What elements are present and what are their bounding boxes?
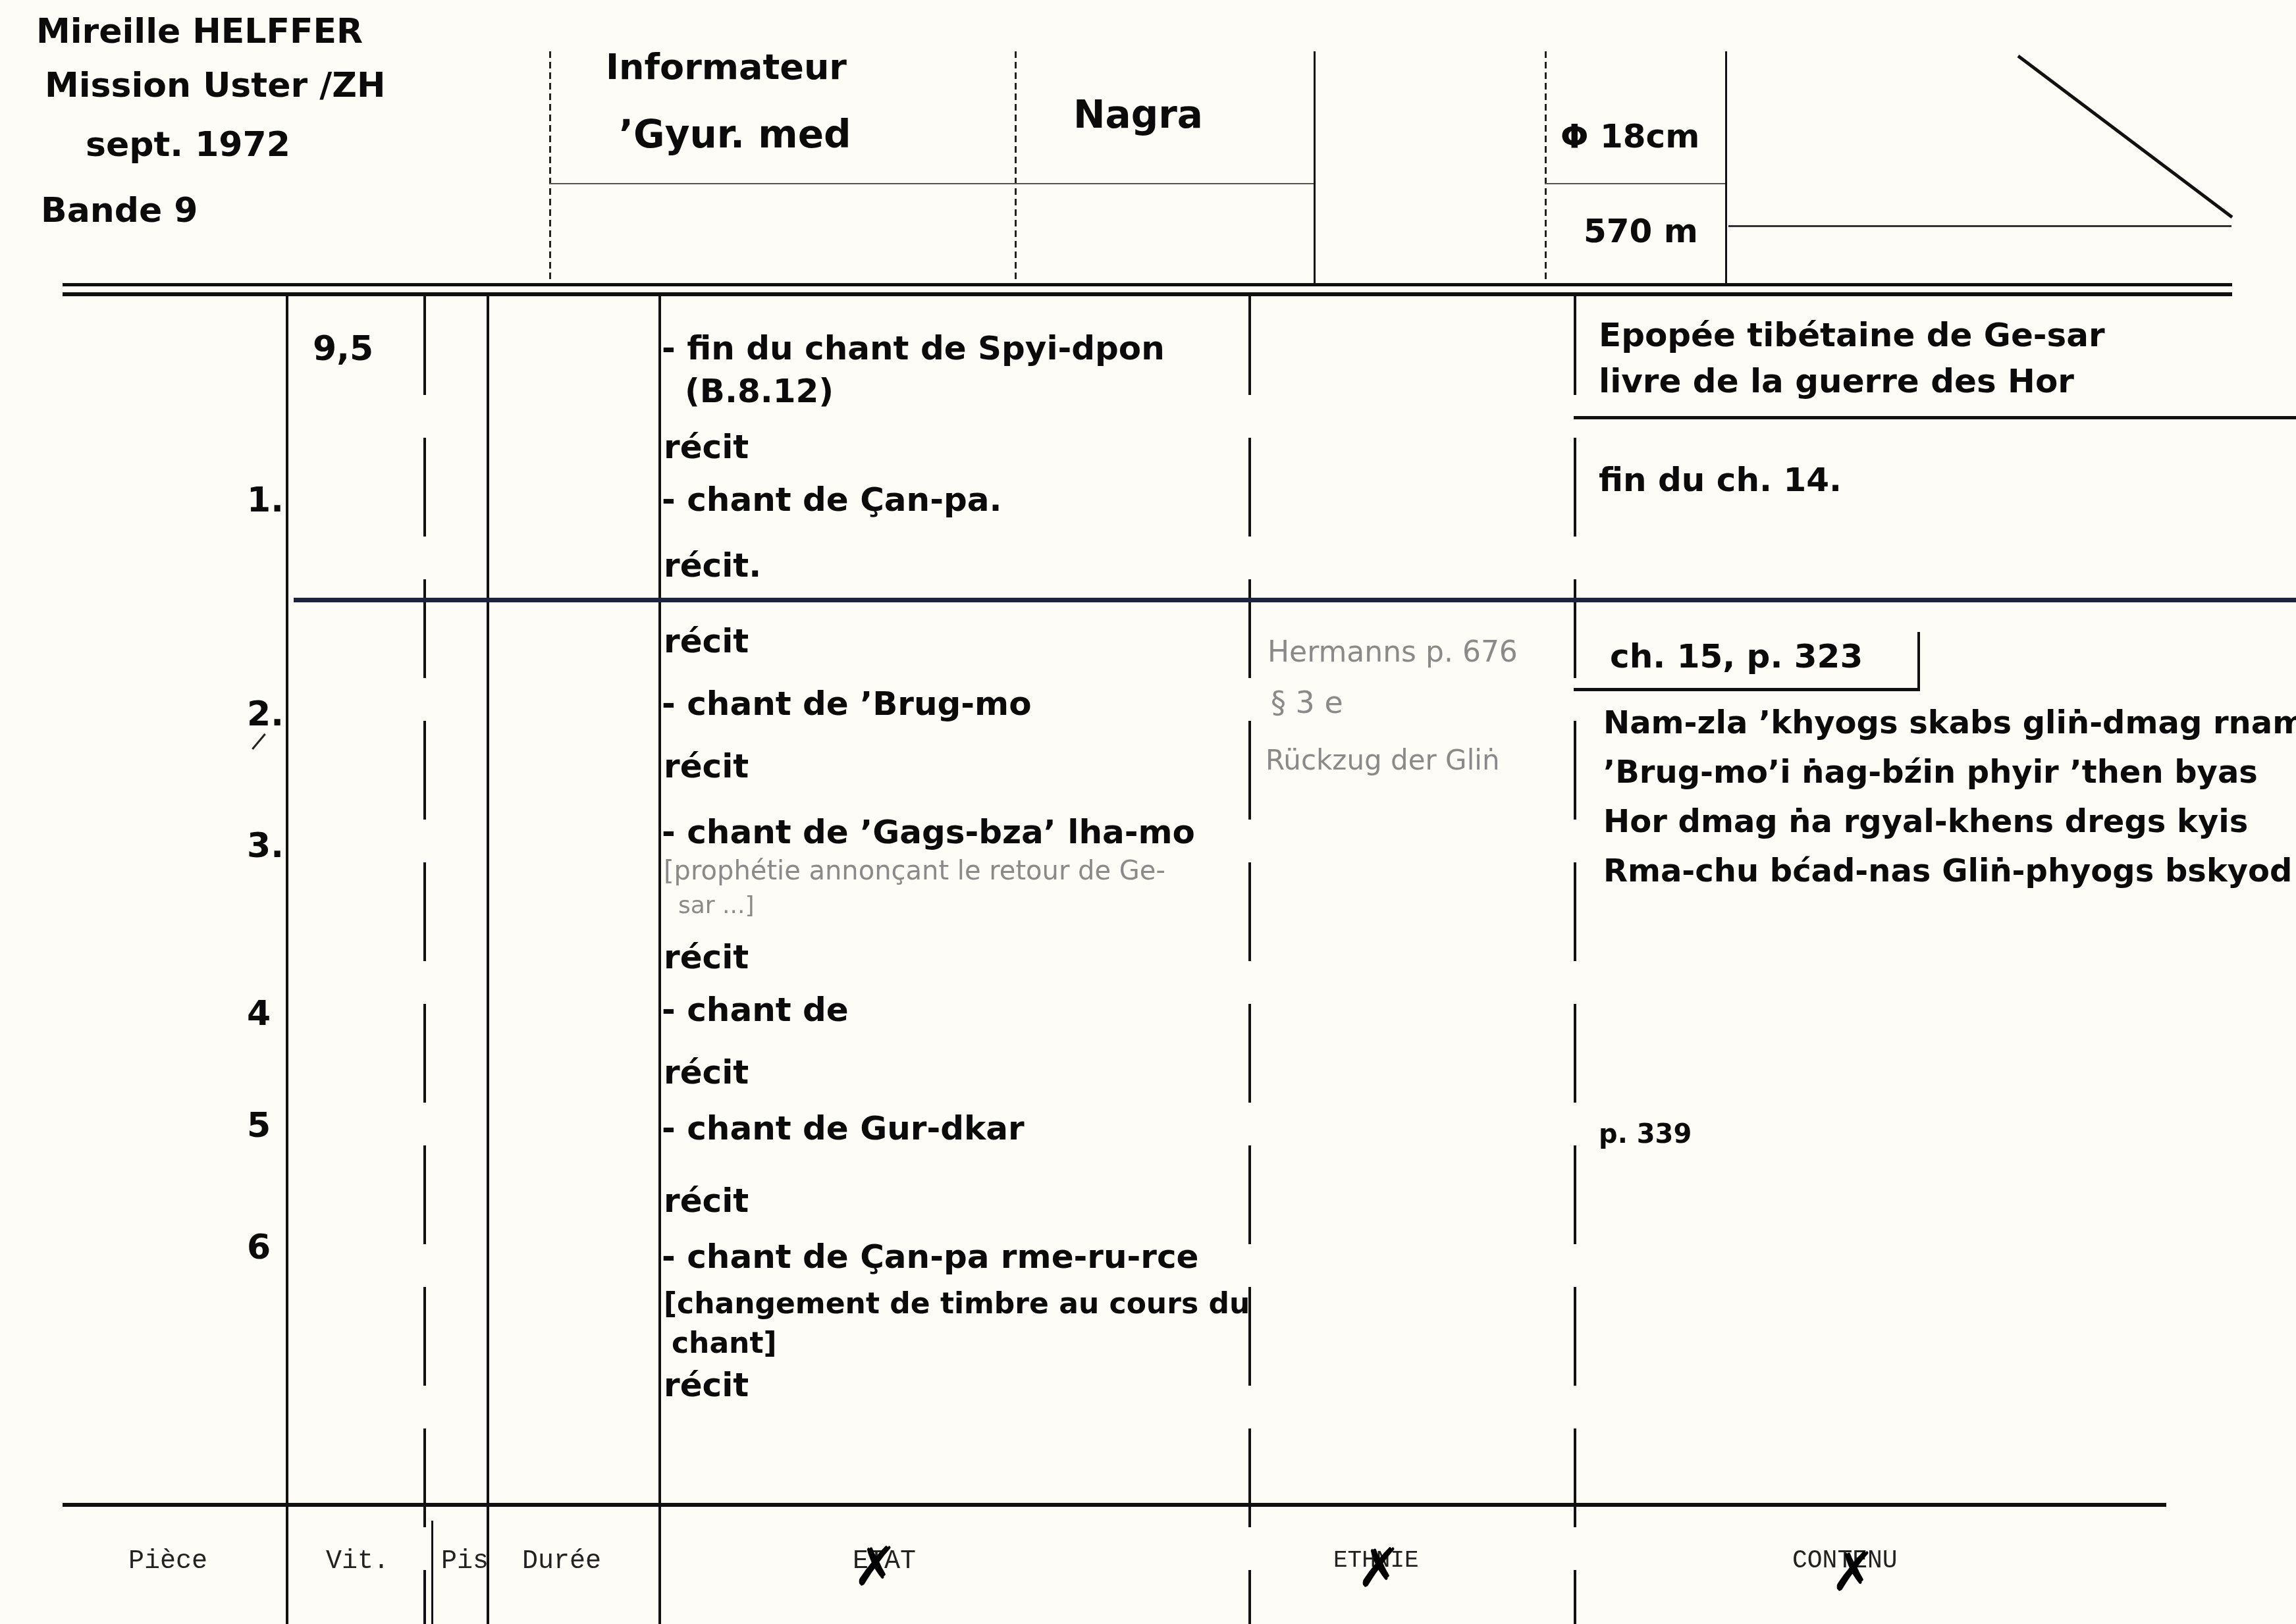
header-mid-rule [549, 183, 1314, 184]
tape-length: 570 m [1584, 212, 1698, 250]
etat-pencil-note: sar ...] [678, 892, 754, 919]
etat-line: chant] [672, 1326, 777, 1360]
contenu-line: fin du ch. 14. [1599, 461, 1842, 499]
contenu-title-line: Epopée tibétaine de Ge-sar [1599, 316, 2105, 354]
column-line-vit [423, 296, 426, 1624]
footer-top-rule [63, 1503, 2166, 1507]
contenu-line: Nam-zla ’khyogs skabs gliṅ-dmag rnams [1603, 704, 2296, 741]
piece-number: 2. [247, 694, 284, 734]
etat-line: récit [664, 1053, 749, 1091]
ethnie-pencil-note: § 3 e [1271, 685, 1343, 720]
cross-out-mark: ✗ [1356, 1542, 1402, 1596]
etat-line: - chant de Gur-dkar [662, 1109, 1025, 1147]
etat-line: (B.8.12) [685, 372, 834, 410]
header-mid-rule [1728, 225, 2231, 227]
etat-line: - chant de Çan-pa. [662, 481, 1001, 519]
footer-label-piece: Pièce [128, 1547, 207, 1577]
etat-line: - fin du chant de Spyi-dpon [662, 329, 1165, 367]
etat-line: récit [664, 1366, 749, 1404]
column-line-piece [286, 296, 288, 1624]
column-line-pis [487, 296, 489, 1624]
column-line-duree [658, 296, 661, 1624]
etat-line: récit [664, 1182, 749, 1220]
tape-number: Bande 9 [41, 191, 198, 230]
pencil-tick [252, 733, 266, 750]
header-divider [1725, 51, 1727, 285]
piece-number: 1. [247, 481, 284, 520]
reel-diameter: Φ 18cm [1561, 117, 1699, 155]
piece-number: 6 [247, 1228, 271, 1267]
cross-out-mark: ✗ [853, 1540, 898, 1594]
diagonal-stroke [2015, 53, 2239, 224]
footer-label-vit: Vit. [326, 1547, 389, 1577]
etat-line: - chant de ’Gags-bza’ lha-mo [662, 813, 1195, 851]
piece-number: 4 [247, 994, 271, 1034]
etat-line: récit. [664, 546, 761, 585]
mission-name: Mission Uster /ZH [45, 66, 385, 105]
header-bottom-rule [63, 283, 2232, 286]
informateur-value: ’Gyur. med [619, 112, 851, 157]
informateur-label: Informateur [606, 46, 847, 88]
recording-date: sept. 1972 [86, 125, 290, 165]
etat-line: récit [664, 622, 749, 660]
header-mid-rule [1545, 183, 1725, 184]
contenu-title-rule [1574, 416, 2296, 419]
section-divider [294, 598, 2296, 602]
header-divider [1015, 51, 1017, 285]
contenu-line: ’Brug-mo’i ṅag-bźin phyir ’then byas [1603, 754, 2258, 791]
column-line-etat [1248, 296, 1251, 1624]
recorder-model: Nagra [1073, 92, 1203, 137]
etat-pencil-note: [prophétie annonçant le retour de Ge- [664, 856, 1165, 886]
header-divider [549, 51, 551, 285]
header-divider [1545, 51, 1547, 285]
etat-line: - chant de [662, 991, 849, 1029]
contenu-chapter-title: ch. 15, p. 323 [1610, 637, 1863, 675]
etat-line: - chant de Çan-pa rme-ru-rce [662, 1238, 1199, 1276]
etat-line: récit [664, 747, 749, 785]
footer-label-duree: Durée [522, 1547, 601, 1577]
header-divider [1314, 51, 1316, 285]
contenu-page-ref: p. 339 [1599, 1119, 1692, 1149]
column-line-ethnie [1574, 296, 1576, 1624]
footer-divider [431, 1521, 433, 1624]
contenu-title-line: livre de la guerre des Hor [1599, 362, 2074, 400]
etat-line: récit [664, 938, 749, 976]
contenu-line: Rma-chu bćad-nas Gliṅ-phyogs bskyod [1603, 852, 2292, 889]
piece-number: 5 [247, 1106, 271, 1145]
etat-line: - chant de ’Brug-mo [662, 685, 1032, 723]
ethnie-pencil-note: Hermanns p. 676 [1268, 635, 1518, 669]
contenu-line: Hor dmag ṅa rgyal-khens dregs kyis [1603, 803, 2248, 840]
cross-out-mark: ✗ [1830, 1546, 1876, 1600]
etat-line: [changement de timbre au cours du [664, 1287, 1250, 1321]
speed-value: 9,5 [313, 329, 373, 369]
header-bottom-rule [63, 292, 2232, 296]
piece-number: 3. [247, 826, 284, 866]
footer-label-pis: Pis [441, 1547, 489, 1577]
collector-name: Mireille HELFFER [36, 12, 363, 51]
etat-line: récit [664, 428, 749, 466]
ethnie-pencil-note: Rückzug der Gliṅ [1266, 744, 1500, 776]
